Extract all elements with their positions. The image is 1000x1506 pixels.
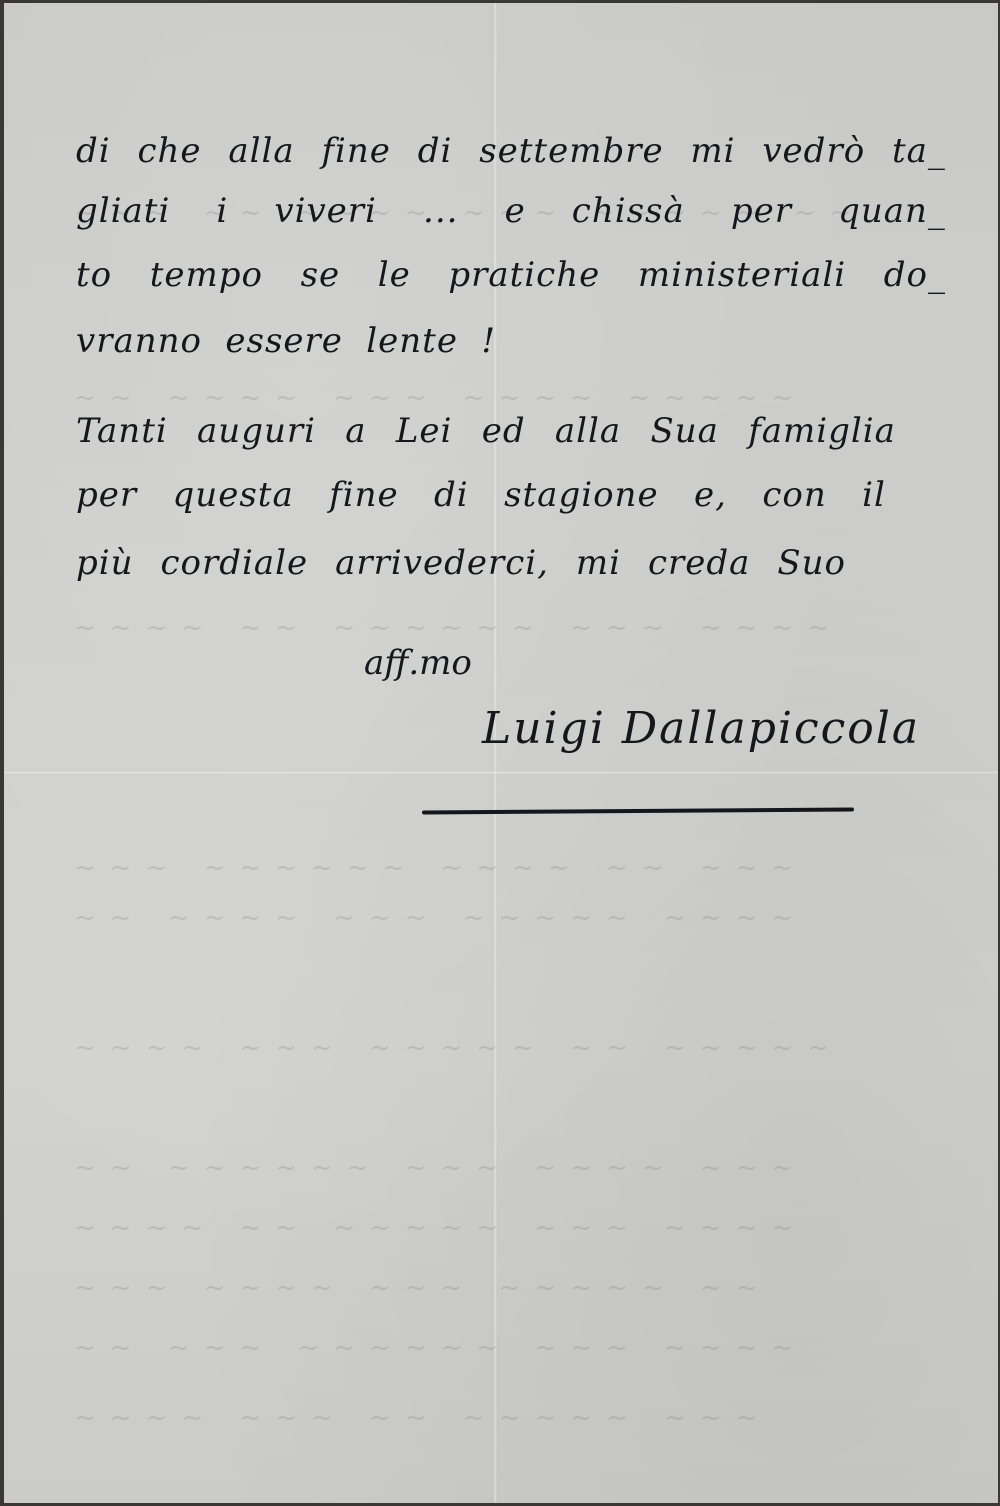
bleed-through: ~~ ~~~ ~~~~~~ ~~~ ~~~~ xyxy=(74,1333,934,1363)
word: do_ xyxy=(884,255,946,295)
word: ed xyxy=(482,411,526,451)
word: ministeriali xyxy=(638,255,846,295)
word: per xyxy=(731,191,792,231)
signature: Luigi Dallapiccola xyxy=(482,703,920,754)
word: vedrò xyxy=(762,131,865,171)
horizontal-fold-crease xyxy=(4,770,998,775)
word: il xyxy=(862,475,886,515)
word: tempo xyxy=(150,255,263,295)
closing-salutation: aff.mo xyxy=(364,643,472,683)
word: per xyxy=(76,475,137,515)
letter-line-3: to tempo se le pratiche ministeriali do_ xyxy=(76,255,946,295)
word: famiglia xyxy=(748,411,896,451)
word: Lei xyxy=(396,411,453,451)
bleed-through: ~~~~ ~~~ ~~~~~ ~~ ~~~~~ xyxy=(74,1033,934,1063)
word: mi xyxy=(576,543,621,583)
bleed-through: ~~ ~~~~~~ ~~~ ~~~~ ~~~ xyxy=(74,1153,934,1183)
word: di xyxy=(418,131,453,171)
word: quan_ xyxy=(838,191,946,231)
letter-line-2: gliati i viveri ... e chissà per quan_ xyxy=(76,191,946,231)
word: di xyxy=(76,131,111,171)
bleed-through: ~~~~ ~~ ~~~~~~ ~~~ ~~~~ xyxy=(74,613,934,643)
bleed-through: ~~~ ~~~~~~ ~~~~ ~~ ~~~ xyxy=(74,853,934,883)
word: ta_ xyxy=(892,131,946,171)
word: lente xyxy=(366,321,458,361)
word: se xyxy=(301,255,341,295)
letter-line-7: più cordiale arrivederci, mi creda Suo xyxy=(76,543,846,583)
word: questa xyxy=(173,475,294,515)
word: a xyxy=(345,411,366,451)
letter-line-1: di che alla fine di settembre mi vedrò t… xyxy=(76,131,946,171)
letter-sheet: ~~~ ~~ ~~~~ ~~~ ~~~~~ ~~ ~~ ~~~~ ~~~ ~~~… xyxy=(4,3,998,1503)
word: alla xyxy=(555,411,621,451)
letter-line-5: Tanti auguri a Lei ed alla Sua famiglia xyxy=(76,411,896,451)
word: e, xyxy=(694,475,727,515)
word: i xyxy=(216,191,228,231)
word: fine xyxy=(321,131,390,171)
word: viveri xyxy=(274,191,377,231)
bleed-through: ~~~~ ~~~ ~~ ~~~~~ ~~~ xyxy=(74,1403,934,1433)
word: creda xyxy=(648,543,750,583)
bleed-through: ~~~~ ~~ ~~~~~ ~~~ ~~~~ xyxy=(74,1213,934,1243)
signature-underline xyxy=(422,807,854,814)
bleed-through: ~~ ~~~~ ~~~ ~~~~ ~~~~~ xyxy=(74,383,934,413)
word: settembre xyxy=(479,131,663,171)
bleed-through: ~~~ ~~~~ ~~~ ~~~~~ ~~ xyxy=(74,1273,934,1303)
letter-line-6: per questa fine di stagione e, con il xyxy=(76,475,886,515)
word: di xyxy=(434,475,469,515)
word: mi xyxy=(690,131,735,171)
word: essere xyxy=(225,321,343,361)
word: che xyxy=(137,131,201,171)
word: auguri xyxy=(197,411,316,451)
word: stagione xyxy=(504,475,659,515)
word: e xyxy=(505,191,526,231)
word: più xyxy=(76,543,134,583)
word: vranno xyxy=(76,321,202,361)
word: Tanti xyxy=(76,411,168,451)
word: fine xyxy=(329,475,398,515)
word: arrivederci, xyxy=(335,543,549,583)
word: Sua xyxy=(650,411,718,451)
word: ! xyxy=(481,321,496,361)
word: Suo xyxy=(777,543,846,583)
word: pratiche xyxy=(448,255,600,295)
word: ... xyxy=(423,191,458,231)
word: to xyxy=(76,255,112,295)
letter-line-4: vranno essere lente ! xyxy=(76,321,496,361)
word: chissà xyxy=(572,191,685,231)
word: alla xyxy=(228,131,294,171)
word: con xyxy=(762,475,826,515)
word: gliati xyxy=(76,191,170,231)
bleed-through: ~~ ~~~~ ~~~ ~~~~~ ~~~~ xyxy=(74,903,934,933)
word: cordiale xyxy=(160,543,308,583)
word: le xyxy=(378,255,411,295)
